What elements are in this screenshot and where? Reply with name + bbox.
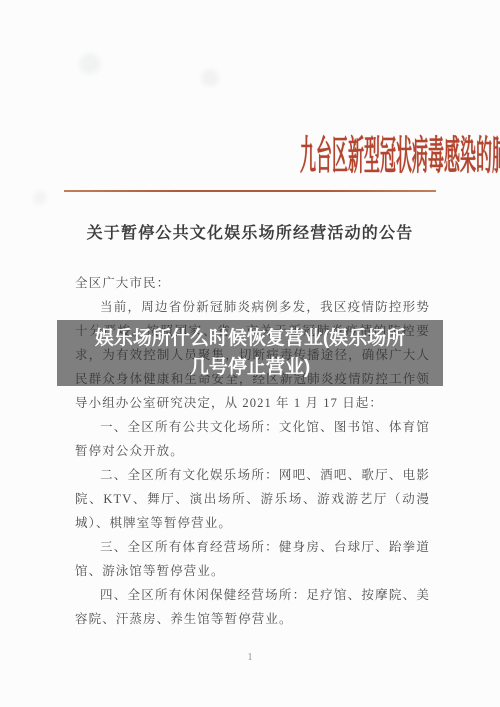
watermark-caption: 娱乐场所什么时候恢复营业(娱乐场所 几号停止营业) bbox=[57, 320, 443, 386]
notice-title: 关于暂停公共文化娱乐场所经营活动的公告 bbox=[0, 220, 500, 243]
list-item: 三、全区所有体育经营场所：健身房、台球厅、跆拳道馆、游泳馆等暂停营业。 bbox=[75, 535, 430, 583]
list-item: 四、全区所有休闲保健经营场所：足疗馆、按摩院、美容院、汗蒸房、养生馆等暂停营业。 bbox=[75, 583, 430, 631]
org-header: 九台区新型冠状病毒感染的肺炎疫情防控领导小组办公室 bbox=[0, 128, 500, 184]
page-number: 1 bbox=[0, 652, 500, 663]
caption-line-1: 娱乐场所什么时候恢复营业(娱乐场所 bbox=[57, 324, 443, 353]
org-header-text: 九台区新型冠状病毒感染的肺炎疫情防控领导小组办公室 bbox=[300, 128, 500, 184]
list-item: 二、全区所有文化娱乐场所：网吧、酒吧、歌厅、电影院、KTV、舞厅、演出场所、游乐… bbox=[75, 463, 430, 535]
scanned-notice-photo: 九台区新型冠状病毒感染的肺炎疫情防控领导小组办公室 关于暂停公共文化娱乐场所经营… bbox=[0, 0, 500, 707]
salutation-line: 全区广大市民： bbox=[75, 271, 430, 295]
caption-line-2: 几号停止营业) bbox=[57, 353, 443, 382]
list-item: 一、全区所有公共文化场所：文化馆、图书馆、体育馆暂停对公众开放。 bbox=[75, 415, 430, 463]
red-divider-line bbox=[64, 190, 436, 192]
